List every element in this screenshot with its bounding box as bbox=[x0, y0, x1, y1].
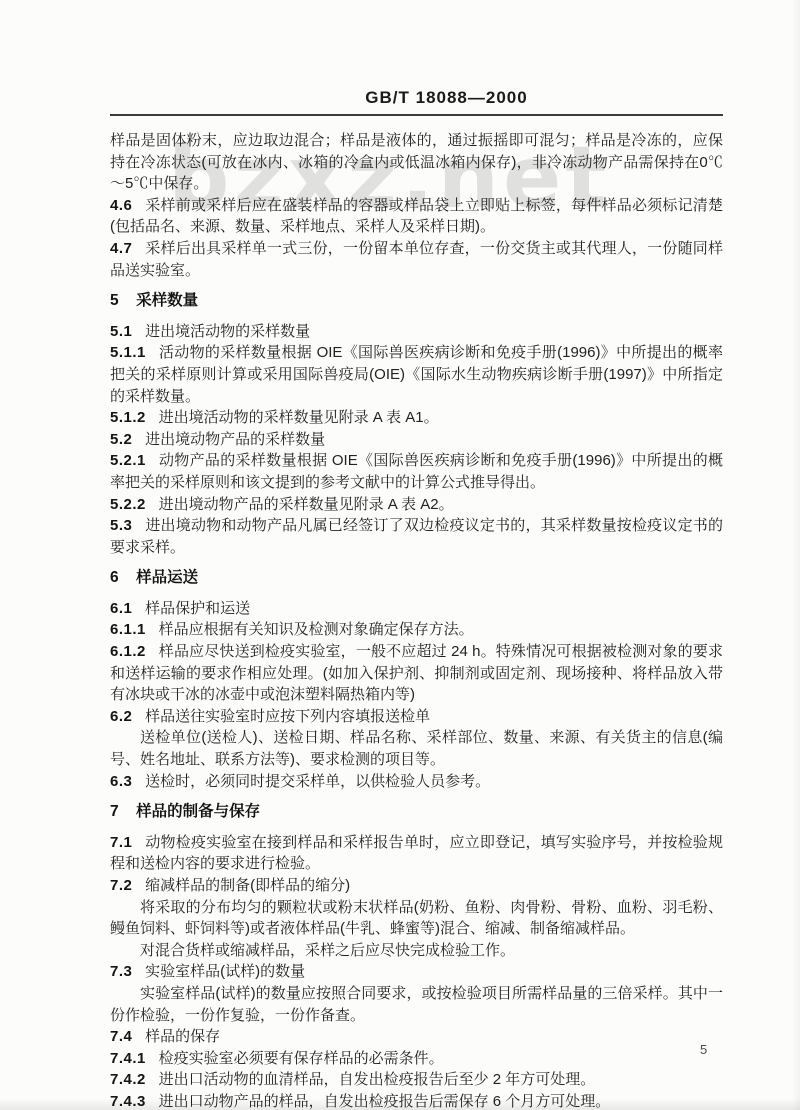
paragraph-text: 进出境活动物的采样数量 bbox=[145, 323, 310, 340]
paragraph: 4.7采样后出具采样单一式三份，一份留本单位存查，一份交货主或其代理人，一份随同… bbox=[110, 238, 723, 281]
clause-number: 7.1 bbox=[110, 834, 132, 851]
paragraph-text: 将采取的分布均匀的颗粒状或粉末状样品(奶粉、鱼粉、肉骨粉、骨粉、血粉、羽毛粉、鳗… bbox=[110, 899, 723, 938]
paragraph: 4.6采样前或采样后应在盛装样品的容器或样品袋上立即贴上标签，每件样品必须标记清… bbox=[110, 195, 723, 238]
paragraph-text: 进出境动物产品的采样数量 bbox=[145, 431, 325, 448]
paragraph: 6.3送检时，必须同时提交采样单，以供检验人员参考。 bbox=[110, 771, 723, 793]
paragraph-text: 采样后出具采样单一式三份，一份留本单位存查，一份交货主或其代理人，一份随同样品送… bbox=[110, 240, 723, 279]
paragraph: 5.3进出境动物和动物产品凡属已经签订了双边检疫议定书的，其采样数量按检疫议定书… bbox=[110, 515, 723, 558]
paragraph-text: 实验室样品(试样)的数量 bbox=[145, 963, 305, 980]
clause-number: 7.3 bbox=[110, 963, 132, 980]
paragraph: 7.4.3进出口动物产品的样品，自发出检疫报告后需保存 6 个月方可处理。 bbox=[110, 1091, 723, 1110]
clause-number: 5.1 bbox=[110, 323, 132, 340]
paragraph-text: 送检单位(送检人)、送检日期、样品名称、采样部位、数量、来源、有关货主的信息(编… bbox=[110, 729, 723, 768]
paragraph: 7.2缩减样品的制备(即样品的缩分) bbox=[110, 875, 723, 897]
paragraph: 7.4样品的保存 bbox=[110, 1026, 723, 1048]
clause-number: 5.1.2 bbox=[110, 409, 146, 426]
paragraph-text: 动物产品的采样数量根据 OIE《国际兽医疾病诊断和免疫手册(1996)》中所提出… bbox=[110, 452, 723, 491]
paragraph: 6.1.1样品应根据有关知识及检测对象确定保存方法。 bbox=[110, 619, 723, 641]
clause-number: 6.1 bbox=[110, 600, 132, 617]
paragraph: 6.1样品保护和运送 bbox=[110, 598, 723, 620]
section-heading: 5采样数量 bbox=[110, 290, 723, 312]
clause-number: 4.7 bbox=[110, 240, 132, 257]
paragraph-text: 进出境活动物的采样数量见附录 A 表 A1。 bbox=[159, 409, 439, 426]
section-heading: 7样品的制备与保存 bbox=[110, 801, 723, 823]
paragraph-text: 进出境动物和动物产品凡属已经签订了双边检疫议定书的，其采样数量按检疫议定书的要求… bbox=[110, 517, 723, 556]
standard-code-header: GB/T 18088—2000 bbox=[140, 88, 753, 108]
clause-number: 7.4.3 bbox=[110, 1093, 146, 1110]
clause-number: 5 bbox=[110, 292, 119, 309]
page-number: 5 bbox=[700, 1042, 707, 1057]
paragraph: 5.1.2进出境活动物的采样数量见附录 A 表 A1。 bbox=[110, 407, 723, 429]
clause-number: 6.1.1 bbox=[110, 621, 146, 638]
paragraph-text: 样品送往实验室时应按下列内容填报送检单 bbox=[145, 708, 430, 725]
paragraph-text: 样品运送 bbox=[136, 569, 198, 586]
paragraph-text: 活动物的采样数量根据 OIE《国际兽医疾病诊断和免疫手册(1996)》中所提出的… bbox=[110, 344, 723, 404]
clause-number: 5.2 bbox=[110, 431, 132, 448]
paragraph-text: 采样前或采样后应在盛装样品的容器或样品袋上立即贴上标签，每件样品必须标记清楚(包… bbox=[110, 197, 723, 236]
clause-number: 5.2.2 bbox=[110, 496, 146, 513]
paragraph-text: 样品应尽快送到检疫实验室，一般不应超过 24 h。特殊情况可根据被检测对象的要求… bbox=[110, 643, 723, 703]
clause-number: 5.1.1 bbox=[110, 344, 146, 361]
paragraph-text: 对混合货样或缩减样品，采样之后应尽快完成检验工作。 bbox=[140, 942, 515, 959]
paragraph-text: 检疫实验室必须要有保存样品的必需条件。 bbox=[159, 1050, 444, 1067]
clause-number: 6 bbox=[110, 569, 119, 586]
paragraph-text: 进出境动物产品的采样数量见附录 A 表 A2。 bbox=[159, 496, 454, 513]
scanned-document-page: bzxz.net GB/T 18088—2000 样品是固体粉末，应边取边混合；… bbox=[0, 0, 800, 1110]
paragraph-text: 样品的制备与保存 bbox=[136, 803, 260, 820]
paragraph: 6.1.2样品应尽快送到检疫实验室，一般不应超过 24 h。特殊情况可根据被检测… bbox=[110, 641, 723, 706]
paragraph: 7.4.1检疫实验室必须要有保存样品的必需条件。 bbox=[110, 1048, 723, 1070]
paragraph: 7.1动物检疫实验室在接到样品和采样报告单时，应立即登记，填写实验序号，并按检验… bbox=[110, 832, 723, 875]
page-content: GB/T 18088—2000 样品是固体粉末，应边取边混合；样品是液体的，通过… bbox=[110, 88, 723, 1110]
paragraph-text: 样品是固体粉末，应边取边混合；样品是液体的，通过振摇即可混匀；样品是冷冻的，应保… bbox=[110, 132, 723, 192]
paragraph: 6.2样品送往实验室时应按下列内容填报送检单 bbox=[110, 706, 723, 728]
paragraph-text: 样品应根据有关知识及检测对象确定保存方法。 bbox=[159, 621, 474, 638]
paragraph: 5.1进出境活动物的采样数量 bbox=[110, 321, 723, 343]
clause-number: 6.2 bbox=[110, 708, 132, 725]
paragraph: 7.4.2进出口活动物的血清样品，自发出检疫报告后至少 2 年方可处理。 bbox=[110, 1069, 723, 1091]
header-rule bbox=[110, 114, 723, 116]
paragraph: 7.3实验室样品(试样)的数量 bbox=[110, 961, 723, 983]
clause-number: 7.4 bbox=[110, 1028, 132, 1045]
paragraph: 5.2进出境动物产品的采样数量 bbox=[110, 429, 723, 451]
paragraph-text: 进出口动物产品的样品，自发出检疫报告后需保存 6 个月方可处理。 bbox=[159, 1093, 611, 1110]
clause-number: 7 bbox=[110, 803, 119, 820]
paragraph-text: 采样数量 bbox=[136, 292, 198, 309]
paragraph-text: 缩减样品的制备(即样品的缩分) bbox=[145, 877, 350, 894]
paragraph: 对混合货样或缩减样品，采样之后应尽快完成检验工作。 bbox=[110, 940, 723, 962]
clause-number: 6.3 bbox=[110, 773, 132, 790]
paragraph-text: 进出口活动物的血清样品，自发出检疫报告后至少 2 年方可处理。 bbox=[159, 1071, 596, 1088]
paragraph: 5.2.1动物产品的采样数量根据 OIE《国际兽医疾病诊断和免疫手册(1996)… bbox=[110, 450, 723, 493]
paragraph-text: 实验室样品(试样)的数量应按照合同要求，或按检验项目所需样品量的三倍采样。其中一… bbox=[110, 985, 723, 1024]
paragraph: 将采取的分布均匀的颗粒状或粉末状样品(奶粉、鱼粉、肉骨粉、骨粉、血粉、羽毛粉、鳗… bbox=[110, 897, 723, 940]
paragraph-text: 送检时，必须同时提交采样单，以供检验人员参考。 bbox=[145, 773, 490, 790]
clause-number: 5.2.1 bbox=[110, 452, 146, 469]
clause-number: 4.6 bbox=[110, 197, 132, 214]
document-body: 样品是固体粉末，应边取边混合；样品是液体的，通过振摇即可混匀；样品是冷冻的，应保… bbox=[110, 130, 723, 1110]
paragraph: 实验室样品(试样)的数量应按照合同要求，或按检验项目所需样品量的三倍采样。其中一… bbox=[110, 983, 723, 1026]
clause-number: 5.3 bbox=[110, 517, 132, 534]
clause-number: 7.4.2 bbox=[110, 1071, 146, 1088]
paragraph-text: 样品保护和运送 bbox=[145, 600, 250, 617]
paragraph-text: 样品的保存 bbox=[145, 1028, 220, 1045]
clause-number: 7.2 bbox=[110, 877, 132, 894]
paragraph: 样品是固体粉末，应边取边混合；样品是液体的，通过振摇即可混匀；样品是冷冻的，应保… bbox=[110, 130, 723, 195]
paragraph: 5.1.1活动物的采样数量根据 OIE《国际兽医疾病诊断和免疫手册(1996)》… bbox=[110, 342, 723, 407]
clause-number: 6.1.2 bbox=[110, 643, 146, 660]
section-heading: 6样品运送 bbox=[110, 567, 723, 589]
paragraph-text: 动物检疫实验室在接到样品和采样报告单时，应立即登记，填写实验序号，并按检验规程和… bbox=[110, 834, 723, 873]
paragraph: 5.2.2进出境动物产品的采样数量见附录 A 表 A2。 bbox=[110, 494, 723, 516]
clause-number: 7.4.1 bbox=[110, 1050, 146, 1067]
paragraph: 送检单位(送检人)、送检日期、样品名称、采样部位、数量、来源、有关货主的信息(编… bbox=[110, 727, 723, 770]
